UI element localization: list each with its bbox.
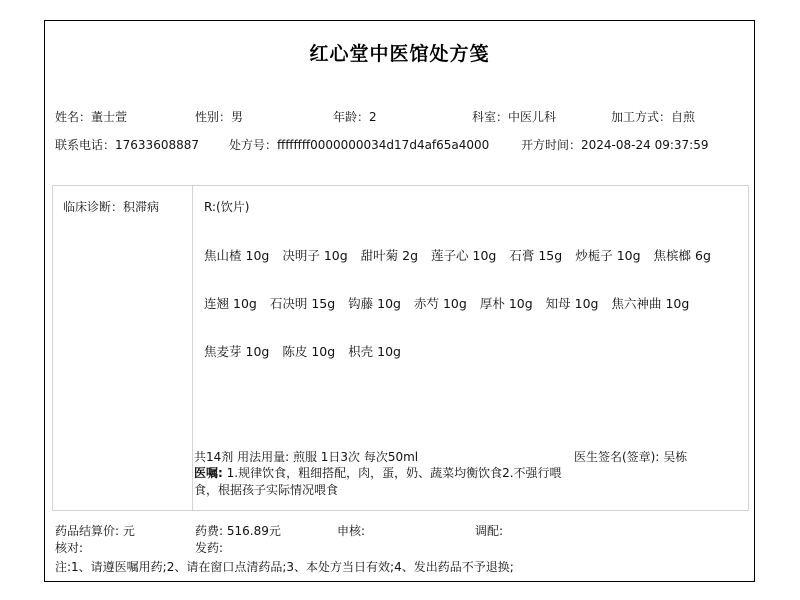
review: 申核:	[337, 523, 365, 539]
department: 科室：中医儿科	[472, 109, 556, 125]
herb-item: 焦六神曲 10g	[611, 296, 689, 311]
prescription-sheet: 红心堂中医馆处方笺 姓名：董士萱 性别：男 年龄：2 科室：中医儿科 加工方式：…	[44, 20, 755, 582]
drug-fee: 药费: 516.89元	[195, 523, 281, 539]
prescription-column: R:(饮片) 焦山楂 10g 决明子 10g 甜叶菊 2g 莲子心 10g 石膏…	[194, 186, 748, 510]
medical-advice: 医嘱: 1.规律饮食，粗细搭配，肉，蛋，奶、蔬菜均衡饮食2.不强行喂食，根据孩子…	[194, 465, 584, 499]
prescription-box: 临床诊断：积滞病 R:(饮片) 焦山楂 10g 决明子 10g 甜叶菊 2g 莲…	[52, 185, 749, 511]
herb-item: 陈皮 10g	[282, 344, 335, 359]
processing-method: 加工方式：自煎	[611, 109, 695, 125]
footer-note: 注:1、请遵医嘱用药;2、请在窗口点清药品;3、本处方当日有效;4、发出药品不予…	[55, 558, 514, 575]
herb-item: 枳壳 10g	[348, 344, 401, 359]
patient-name: 姓名：董士萱	[55, 109, 127, 125]
diagnosis-column: 临床诊断：积滞病	[53, 186, 193, 510]
doctor-signature: 医生签名(签章): 吴栋	[574, 448, 687, 465]
herb-item: 赤芍 10g	[414, 296, 467, 311]
herb-item: 焦槟榔 6g	[654, 248, 711, 263]
herb-line-1: 焦山楂 10g 决明子 10g 甜叶菊 2g 莲子心 10g 石膏 15g 炒栀…	[204, 246, 720, 264]
herb-item: 知母 10g	[546, 296, 599, 311]
herb-item: 厚朴 10g	[480, 296, 533, 311]
patient-age: 年龄：2	[333, 109, 377, 125]
herb-line-2: 连翘 10g 石决明 15g 钩藤 10g 赤芍 10g 厚朴 10g 知母 1…	[204, 294, 698, 312]
issue-drugs: 发药:	[195, 540, 223, 556]
clinical-diagnosis: 临床诊断：积滞病	[63, 198, 159, 215]
prescription-number: 处方号：ffffffff0000000034d17d4af65a4000	[229, 137, 489, 153]
herb-item: 钩藤 10g	[348, 296, 401, 311]
herb-item: 炒栀子 10g	[575, 248, 640, 263]
check: 核对:	[55, 540, 83, 556]
herb-item: 莲子心 10g	[431, 248, 496, 263]
herb-item: 石膏 15g	[509, 248, 562, 263]
herb-item: 石决明 15g	[270, 296, 335, 311]
herb-item: 焦麦芽 10g	[204, 344, 269, 359]
herb-item: 连翘 10g	[204, 296, 257, 311]
herb-item: 甜叶菊 2g	[361, 248, 418, 263]
herb-item: 焦山楂 10g	[204, 248, 269, 263]
prescription-time: 开方时间：2024-08-24 09:37:59	[521, 137, 708, 153]
herb-item: 决明子 10g	[282, 248, 347, 263]
patient-gender: 性别：男	[195, 109, 243, 125]
herb-line-3: 焦麦芽 10g 陈皮 10g 枳壳 10g	[204, 342, 410, 360]
patient-phone: 联系电话：17633608887	[55, 137, 199, 153]
page-title: 红心堂中医馆处方笺	[45, 39, 754, 66]
settlement-price: 药品结算价: 元	[55, 523, 135, 539]
prescription-type: R:(饮片)	[204, 198, 249, 215]
usage-dosage: 共14剂 用法用量: 煎服 1日3次 每次50ml	[194, 448, 418, 465]
dispense: 调配:	[475, 523, 503, 539]
